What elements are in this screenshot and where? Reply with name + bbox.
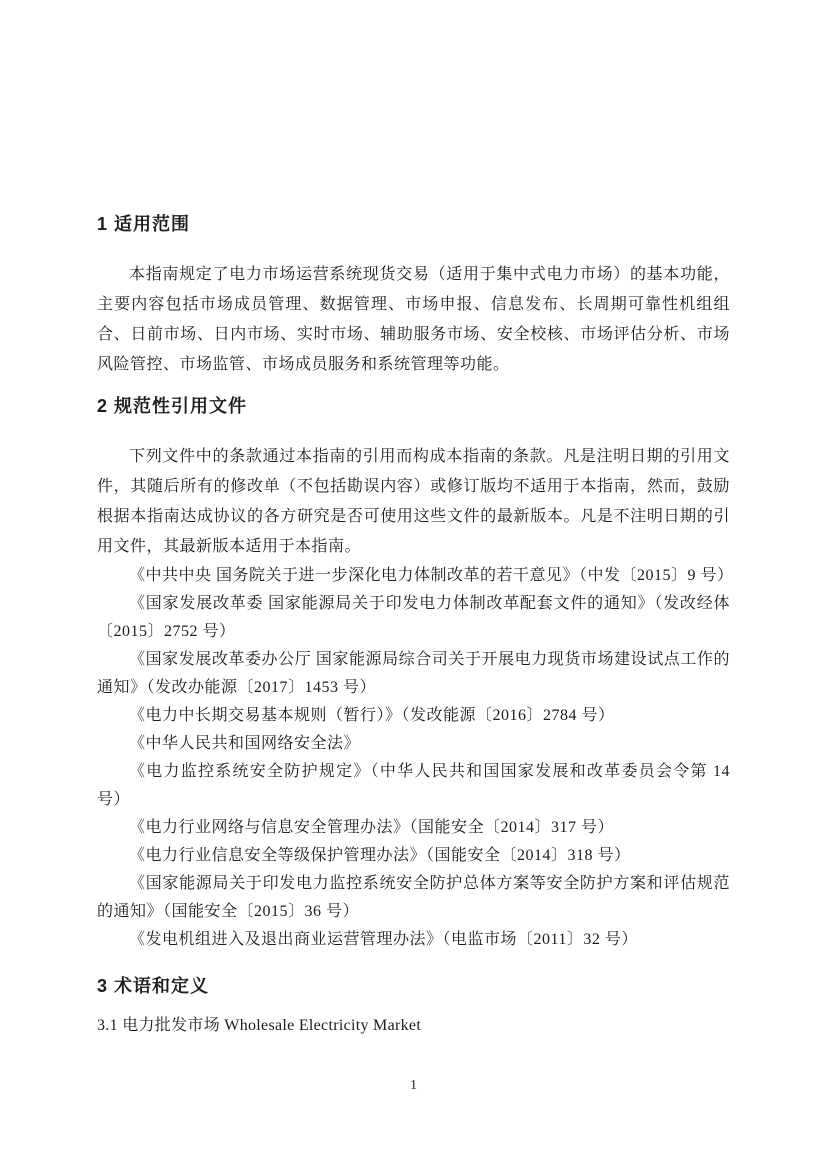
section-2-heading: 2 规范性引用文件 [97, 394, 730, 418]
reference-item-4: 《电力中长期交易基本规则（暂行）》（发改能源〔2016〕2784 号） [97, 702, 730, 730]
reference-item-5: 《中华人民共和国网络安全法》 [97, 730, 730, 758]
page-number: 1 [0, 1078, 827, 1094]
reference-item-9: 《国家能源局关于印发电力监控系统安全防护总体方案等安全防护方案和评估规范的通知》… [97, 870, 730, 926]
reference-item-6: 《电力监控系统安全防护规定》（中华人民共和国国家发展和改革委员会令第 14 号） [97, 758, 730, 814]
section-1-paragraph: 本指南规定了电力市场运营系统现货交易（适用于集中式电力市场）的基本功能，主要内容… [97, 260, 730, 380]
reference-item-10: 《发电机组进入及退出商业运营管理办法》（电监市场〔2011〕32 号） [97, 926, 730, 954]
reference-item-8: 《电力行业信息安全等级保护管理办法》（国能安全〔2014〕318 号） [97, 842, 730, 870]
section-2-paragraph: 下列文件中的条款通过本指南的引用而构成本指南的条款。凡是注明日期的引用文件，其随… [97, 442, 730, 562]
page-content: 1 适用范围 本指南规定了电力市场运营系统现货交易（适用于集中式电力市场）的基本… [97, 0, 730, 1038]
reference-item-7: 《电力行业网络与信息安全管理办法》（国能安全〔2014〕317 号） [97, 814, 730, 842]
section-1-heading: 1 适用范围 [97, 212, 730, 236]
reference-item-3: 《国家发展改革委办公厅 国家能源局综合司关于开展电力现货市场建设试点工作的通知》… [97, 646, 730, 702]
reference-item-1: 《中共中央 国务院关于进一步深化电力体制改革的若干意见》（中发〔2015〕9 号… [97, 562, 730, 590]
section-3-heading: 3 术语和定义 [97, 974, 730, 998]
document-page: 1 适用范围 本指南规定了电力市场运营系统现货交易（适用于集中式电力市场）的基本… [0, 0, 827, 1169]
term-definition-3-1: 3.1 电力批发市场 Wholesale Electricity Market [97, 1014, 730, 1038]
reference-item-2: 《国家发展改革委 国家能源局关于印发电力体制改革配套文件的通知》（发改经体〔20… [97, 590, 730, 646]
